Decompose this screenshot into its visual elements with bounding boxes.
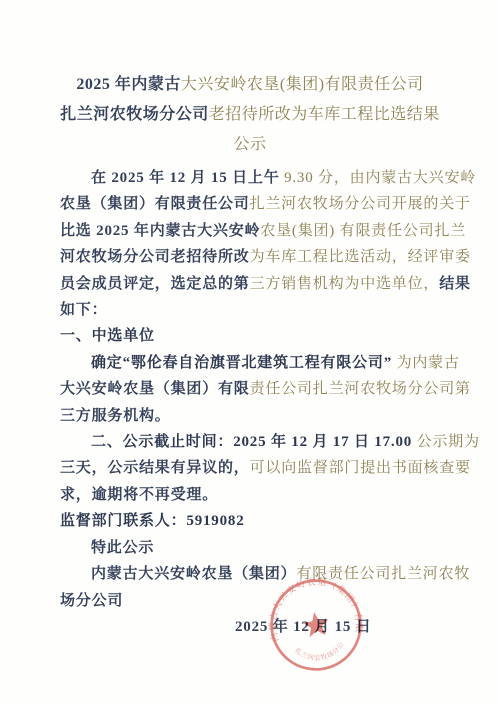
text-segment: 大兴安岭农垦(集团)有限责任公司 (181, 76, 424, 93)
text-segment: 可以向监督部门提出书面核查要 (250, 460, 471, 476)
text-segment: 有限责任公司扎兰河农牧 (296, 566, 470, 582)
text-line: 内蒙古大兴安岭农垦（集团）有限责任公司扎兰河农牧 (60, 561, 440, 587)
date-line: 2025 年 12 月 15 日 (60, 614, 440, 640)
text-segment: 确定“鄂伦春自治旗晋北建筑工程有限公司” (91, 355, 392, 371)
text-segment: 一、中选单位 (60, 328, 155, 344)
title-line: 2025 年内蒙古大兴安岭农垦(集团)有限责任公司 (60, 70, 440, 100)
document-title: 2025 年内蒙古大兴安岭农垦(集团)有限责任公司扎兰河农牧场分公司老招待所改为… (60, 70, 440, 160)
text-segment: 河农牧场分公司老招待所改 (60, 249, 250, 265)
text-line: 二、公示截止时间：2025 年 12 月 17 日 17.00 公示期为 (60, 429, 440, 455)
text-segment: 求，逾期将不再受理。 (60, 487, 218, 503)
title-line: 扎兰河农牧场分公司老招待所改为车库工程比选结果 (60, 100, 440, 130)
text-line: 比选 2025 年内蒙古大兴安岭农垦(集团) 有限责任公司扎兰 (60, 218, 440, 244)
text-segment: 监督部门联系人：5919082 (60, 513, 245, 529)
text-line: 河农牧场分公司老招待所改为车库工程比选活动，经评审委 (60, 244, 440, 270)
text-segment: 公示 (233, 136, 266, 153)
document-body: 在 2025 年 12 月 15 日上午 9.30 分，由内蒙古大兴安岭农垦（集… (60, 165, 440, 640)
text-segment: 比选 2025 年内蒙古大兴安岭 (60, 223, 260, 239)
text-line: 场分公司 (60, 588, 440, 614)
title-line: 公示 (60, 130, 440, 160)
announcement-document: 2025 年内蒙古大兴安岭农垦(集团)有限责任公司扎兰河农牧场分公司老招待所改为… (0, 0, 498, 705)
text-line: 三天，公示结果有异议的，可以向监督部门提出书面核查要 (60, 455, 440, 481)
text-segment: 扎兰河农牧场分公司开展的关于 (250, 196, 471, 212)
text-segment: 三方销售机构为中选单位， (250, 276, 440, 292)
text-segment: 2025 年内蒙古 (76, 76, 181, 93)
text-line: 特此公示 (60, 535, 440, 561)
text-segment: 9.30 分，由内蒙古大兴安岭 (284, 170, 476, 186)
text-segment: 大兴安岭农垦（集团）有限 (60, 381, 250, 397)
text-segment: 公示期为 (417, 434, 480, 450)
text-line: 求，逾期将不再受理。 (60, 482, 440, 508)
text-line: 农垦（集团）有限责任公司扎兰河农牧场分公司开展的关于 (60, 191, 440, 217)
text-segment: 特此公示 (91, 540, 154, 556)
text-line: 确定“鄂伦春自治旗晋北建筑工程有限公司” 为内蒙古 (60, 350, 440, 376)
text-segment: 三方服务机构。 (60, 408, 171, 424)
text-segment: 为内蒙古 (392, 355, 460, 371)
text-line: 大兴安岭农垦（集团）有限责任公司扎兰河农牧场分公司第 (60, 376, 440, 402)
text-segment: 扎兰河农牧场分公司 (60, 106, 209, 123)
text-segment: 员会成员评定，选定总的第 (60, 276, 250, 292)
text-line: 员会成员评定，选定总的第三方销售机构为中选单位，结果 (60, 271, 440, 297)
text-segment: 老招待所改为车库工程比选结果 (209, 106, 440, 123)
text-segment: 为车库工程比选活动，经评审委 (250, 249, 471, 265)
text-segment: 责任公司扎兰河农牧场分公司第 (250, 381, 471, 397)
text-segment: 农垦（集团）有限责任公司 (60, 196, 250, 212)
text-segment: 结果 (439, 276, 471, 292)
text-line: 三方服务机构。 (60, 403, 440, 429)
text-segment: 二、公示截止时间：2025 年 12 月 17 日 17.00 (91, 434, 417, 450)
text-segment: 三天，公示结果有异议的， (60, 460, 250, 476)
text-line: 在 2025 年 12 月 15 日上午 9.30 分，由内蒙古大兴安岭 (60, 165, 440, 191)
text-line: 一、中选单位 (60, 323, 440, 349)
text-segment: 如下： (60, 302, 107, 318)
text-line: 如下： (60, 297, 440, 323)
text-segment: 场分公司 (60, 593, 123, 609)
text-segment: 2025 年 12 月 15 日 (235, 619, 372, 635)
text-segment: 农垦(集团) 有限责任公司扎兰 (260, 223, 466, 239)
text-segment: 在 2025 年 12 月 15 日上午 (91, 170, 284, 186)
text-line: 监督部门联系人：5919082 (60, 508, 440, 534)
text-segment: 内蒙古大兴安岭农垦（集团） (91, 566, 296, 582)
